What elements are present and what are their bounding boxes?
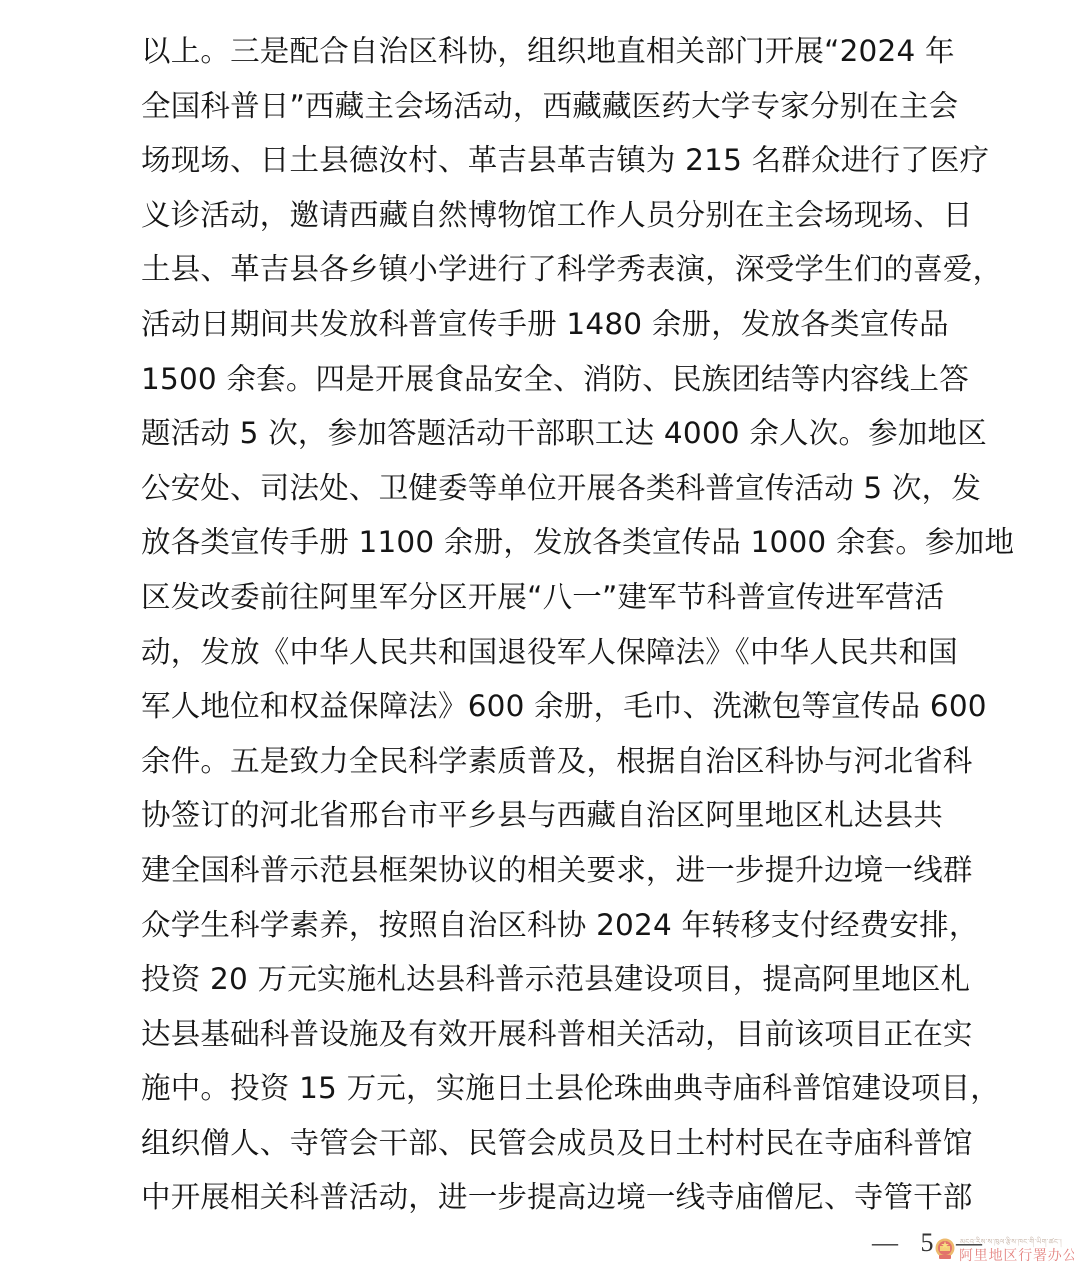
text-line: 众学生科学素养，按照自治区科协 2024 年转移支付经费安排，	[141, 898, 939, 953]
watermark: མངའ་རིས་ས་ཁུལ་རྩིས་ཁང་གི་ཡིག་ཚང་། 阿里地区行署…	[932, 1234, 1074, 1266]
text-line: 中开展相关科普活动，进一步提高边境一线寺庙僧尼、寺管干部	[141, 1170, 939, 1225]
text-line: 1500 余套。四是开展食品安全、消防、民族团结等内容线上答	[141, 352, 939, 407]
text-line: 建全国科普示范县框架协议的相关要求，进一步提升边境一线群	[141, 843, 939, 898]
text-line: 组织僧人、寺管会干部、民管会成员及日土村村民在寺庙科普馆	[141, 1116, 939, 1171]
text-line: 区发改委前往阿里军分区开展“八一”建军节科普宣传进军营活	[141, 570, 939, 625]
text-line: 场现场、日土县德汝村、革吉县革吉镇为 215 名群众进行了医疗	[141, 133, 939, 188]
document-body: 以上。三是配合自治区科协，组织地直相关部门开展“2024 年 全国科普日”西藏主…	[141, 24, 939, 1225]
text-line: 活动日期间共发放科普宣传手册 1480 余册，发放各类宣传品	[141, 297, 939, 352]
text-line: 协签订的河北省邢台市平乡县与西藏自治区阿里地区札达县共	[141, 788, 939, 843]
document-page: 以上。三是配合自治区科协，组织地直相关部门开展“2024 年 全国科普日”西藏主…	[0, 0, 1074, 1267]
national-emblem-icon	[934, 1237, 956, 1261]
text-line: 题活动 5 次，参加答题活动干部职工达 4000 余人次。参加地区	[141, 406, 939, 461]
text-line: 动，发放《中华人民共和国退役军人保障法》《中华人民共和国	[141, 625, 939, 680]
text-line: 以上。三是配合自治区科协，组织地直相关部门开展“2024 年	[141, 24, 939, 79]
text-line: 达县基础科普设施及有效开展科普相关活动，目前该项目正在实	[141, 1007, 939, 1062]
text-line: 军人地位和权益保障法》600 余册，毛巾、洗漱包等宣传品 600	[141, 679, 939, 734]
text-line: 全国科普日”西藏主会场活动，西藏藏医药大学专家分别在主会	[141, 79, 939, 134]
text-line: 余件。五是致力全民科学素质普及，根据自治区科协与河北省科	[141, 734, 939, 789]
text-line: 放各类宣传手册 1100 余册，发放各类宣传品 1000 余套。参加地	[141, 515, 939, 570]
watermark-org-name: 阿里地区行署办公室	[959, 1245, 1074, 1265]
text-line: 土县、革吉县各乡镇小学进行了科学秀表演，深受学生们的喜爱，	[141, 242, 939, 297]
text-line: 投资 20 万元实施札达县科普示范县建设项目，提高阿里地区札	[141, 952, 939, 1007]
text-line: 公安处、司法处、卫健委等单位开展各类科普宣传活动 5 次，发	[141, 461, 939, 516]
text-line: 施中。投资 15 万元，实施日土县伦珠曲典寺庙科普馆建设项目，	[141, 1061, 939, 1116]
text-line: 义诊活动，邀请西藏自然博物馆工作人员分别在主会场现场、日	[141, 188, 939, 243]
